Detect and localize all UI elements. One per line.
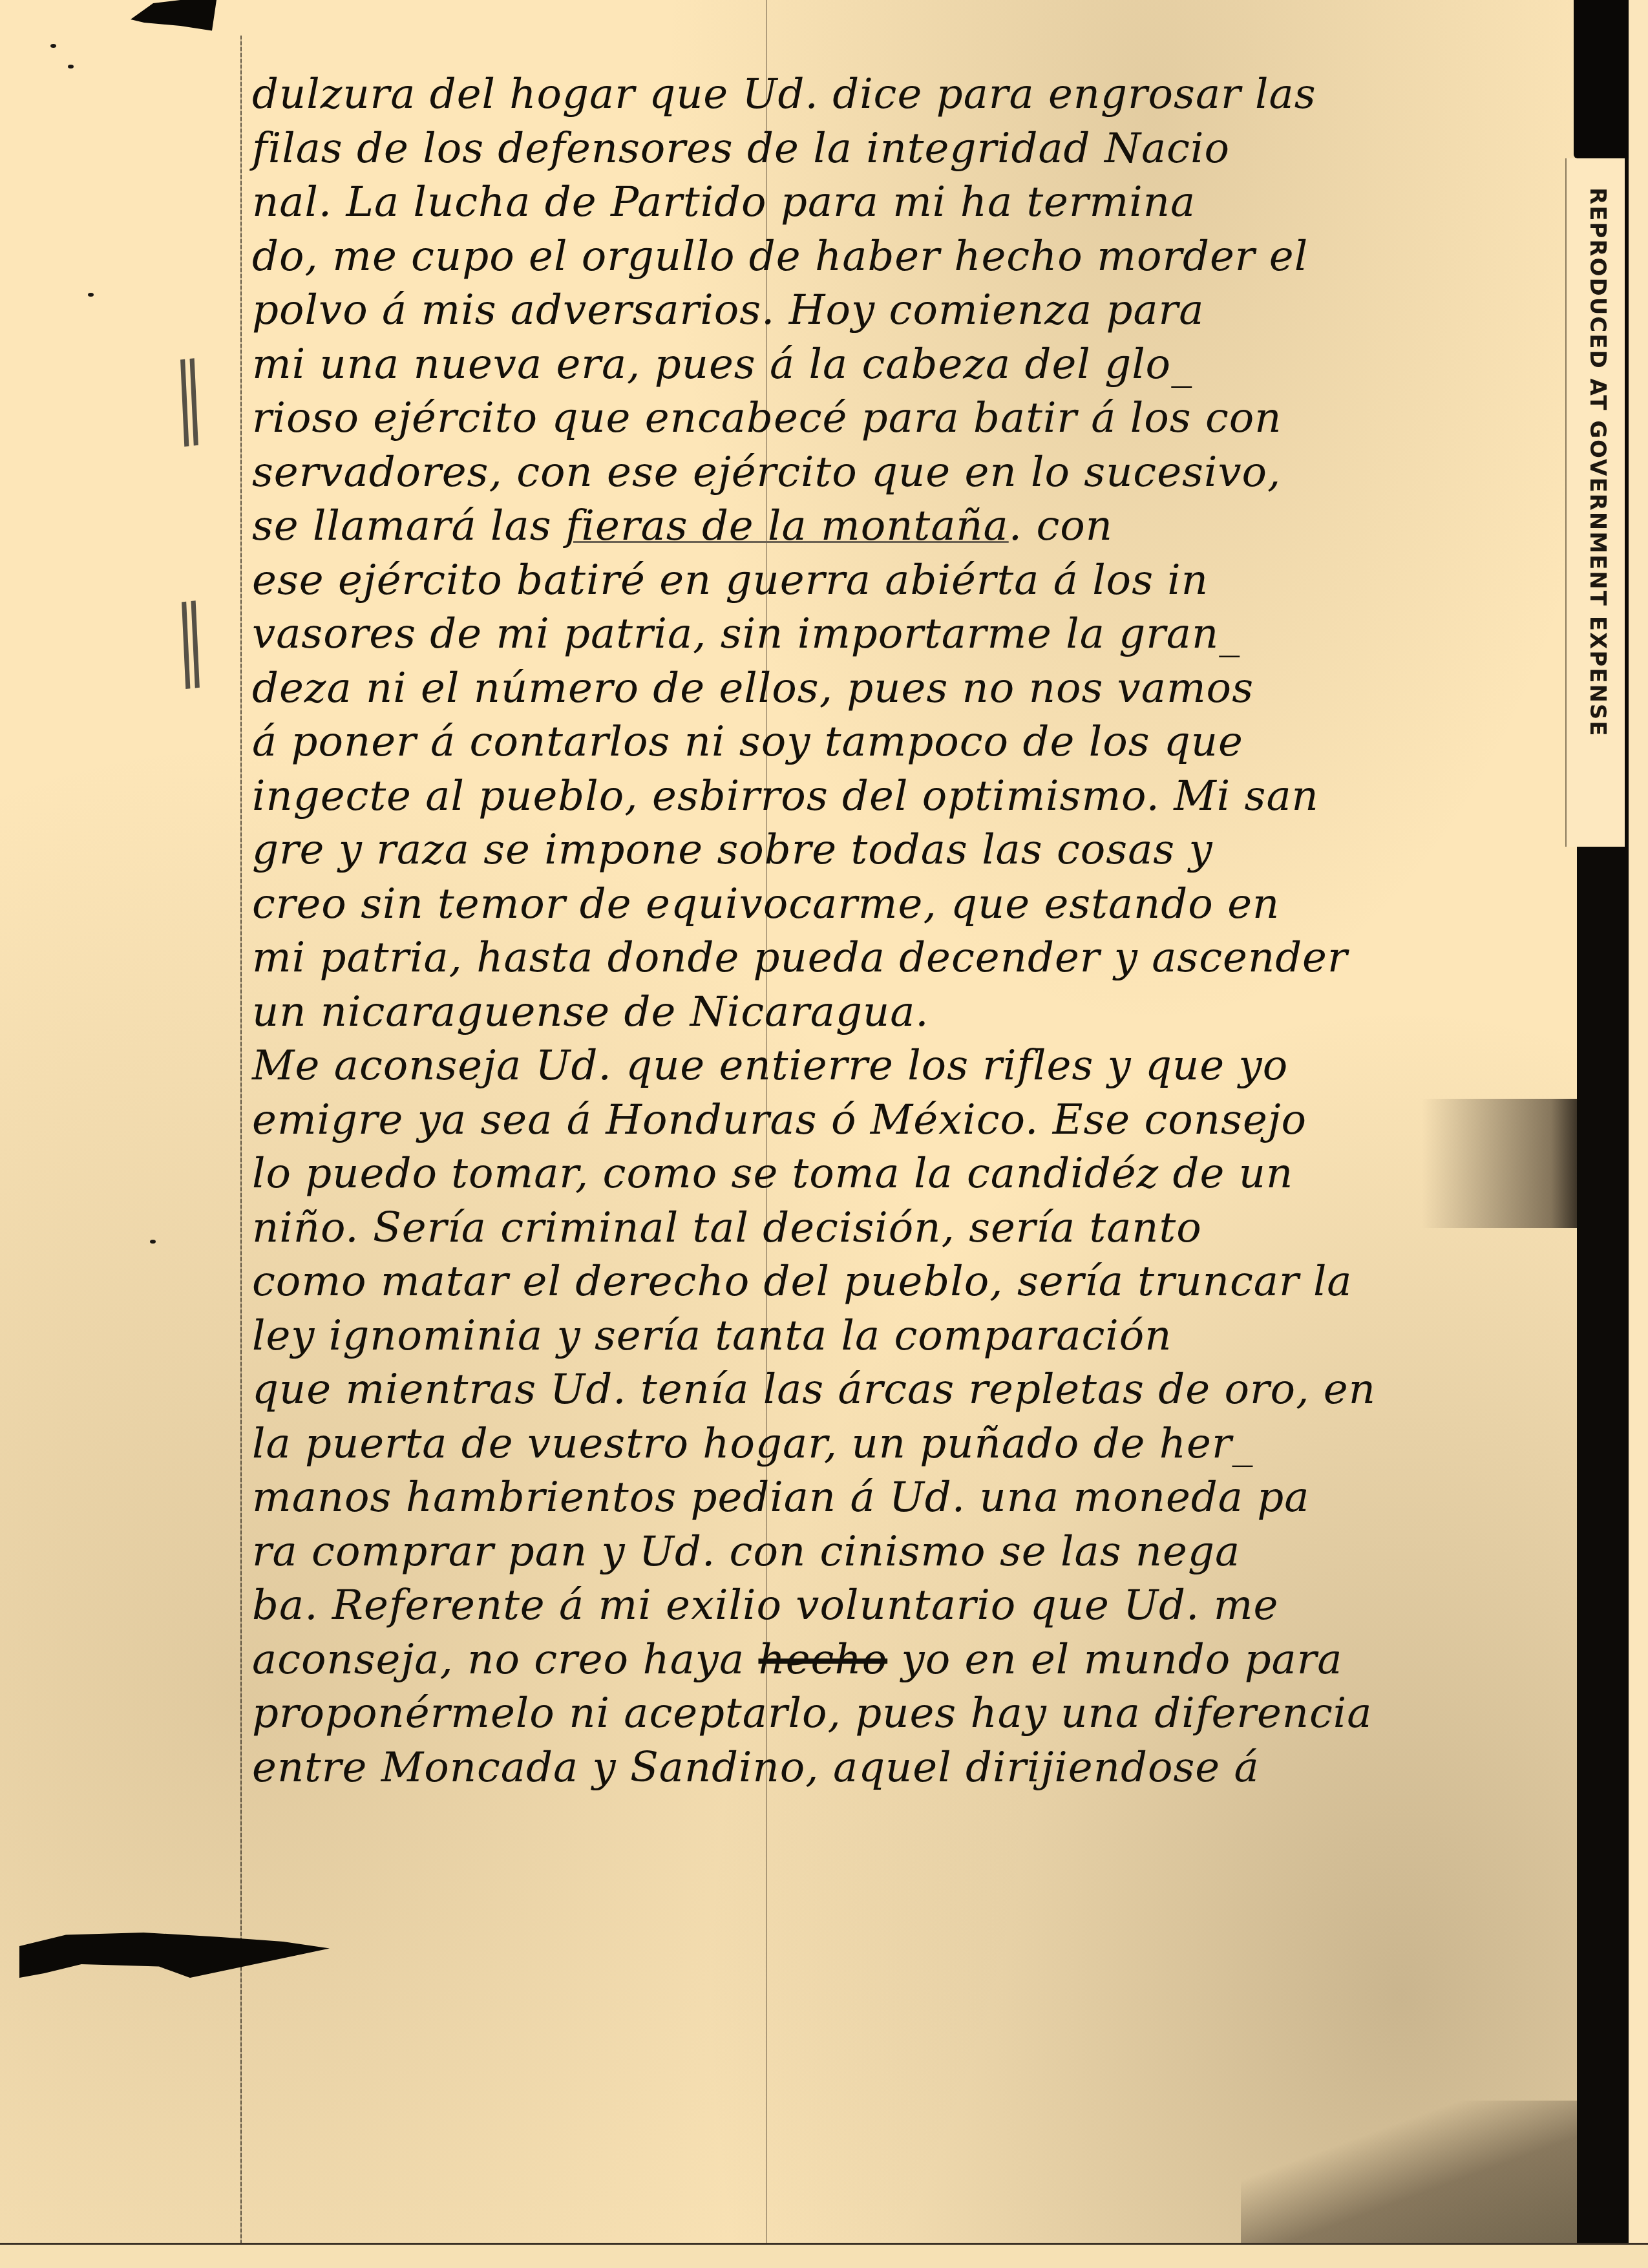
bottom-right-shadow: [1241, 2101, 1577, 2243]
letter-line: nal. La lucha de Partido para mi ha term…: [252, 176, 1583, 230]
letter-line: á poner á contarlos ni soy tampoco de lo…: [252, 715, 1583, 770]
letter-line: proponérmelo ni aceptarlo, pues hay una …: [252, 1687, 1583, 1741]
letter-body: dulzura del hogar que Ud. dice para engr…: [252, 68, 1583, 1795]
letter-line: dulzura del hogar que Ud. dice para engr…: [252, 68, 1583, 122]
letter-line: ra comprar pan y Ud. con cinismo se las …: [252, 1525, 1583, 1580]
letter-line: servadores, con ese ejército que en lo s…: [252, 446, 1583, 500]
letter-line: emigre ya sea á Honduras ó México. Ese c…: [252, 1094, 1583, 1148]
line-text: yo en el mundo para: [887, 1636, 1342, 1684]
letter-line: mi una nueva era, pues á la cabeza del g…: [252, 338, 1583, 392]
margin-rule-line: [240, 36, 242, 2246]
ink-speck: [68, 65, 74, 69]
line-text: aconseja, no creo haya: [252, 1636, 758, 1684]
letter-line: gre y raza se impone sobre todas las cos…: [252, 823, 1583, 878]
letter-line: polvo á mis adversarios. Hoy comienza pa…: [252, 284, 1583, 338]
letter-line-with-strikeout: aconseja, no creo haya hecho yo en el mu…: [252, 1633, 1583, 1688]
letter-line: como matar el derecho del pueblo, sería …: [252, 1255, 1583, 1309]
letter-line: niño. Sería criminal tal decisión, sería…: [252, 1202, 1583, 1256]
letter-line: manos hambrientos pedian á Ud. una moned…: [252, 1471, 1583, 1525]
letter-line: deza ni el número de ellos, pues no nos …: [252, 662, 1583, 716]
line-text: . con: [1009, 502, 1113, 550]
letter-line: que mientras Ud. tenía las árcas repleta…: [252, 1363, 1583, 1417]
letter-line: Me aconseja Ud. que entierre los rifles …: [252, 1039, 1583, 1094]
letter-line: ley ignominia y sería tanta la comparaci…: [252, 1309, 1583, 1364]
letter-line: do, me cupo el orgullo de haber hecho mo…: [252, 230, 1583, 284]
letter-line: rioso ejército que encabecé para batir á…: [252, 392, 1583, 446]
ink-speck: [150, 1240, 156, 1244]
underlined-phrase: fieras de la montaña: [565, 502, 1009, 550]
letter-line: mi patria, hasta donde pueda decender y …: [252, 931, 1583, 986]
page-right-margin: [1629, 0, 1648, 2268]
letter-line: entre Moncada y Sandino, aquel dirijiend…: [252, 1741, 1583, 1796]
letter-line: ese ejército batiré en guerra abiérta á …: [252, 554, 1583, 608]
line-text: se llamará las: [252, 502, 565, 550]
letter-line: filas de los defensores de la integridad…: [252, 122, 1583, 176]
ink-speck: [50, 44, 56, 48]
letter-line: un nicaraguense de Nicaragua.: [252, 986, 1583, 1040]
margin-pencil-mark: ‖: [172, 344, 206, 449]
letter-line: lo puedo tomar, como se toma la candidéz…: [252, 1147, 1583, 1202]
margin-pencil-mark: ‖: [173, 586, 207, 691]
letter-line-underlined-phrase: se llamará las fieras de la montaña. con: [252, 500, 1583, 554]
ink-speck: [88, 293, 94, 297]
letter-line: ingecte al pueblo, esbirros del optimism…: [252, 770, 1583, 824]
letter-line: vasores de mi patria, sin importarme la …: [252, 608, 1583, 662]
letter-line: ba. Referente á mi exilio voluntario que…: [252, 1579, 1583, 1633]
letter-line: creo sin temor de equivocarme, que estan…: [252, 878, 1583, 932]
page-bottom-edge: [0, 2243, 1648, 2268]
struck-out-word: hecho: [758, 1636, 887, 1684]
letter-line: la puerta de vuestro hogar, un puñado de…: [252, 1417, 1583, 1472]
